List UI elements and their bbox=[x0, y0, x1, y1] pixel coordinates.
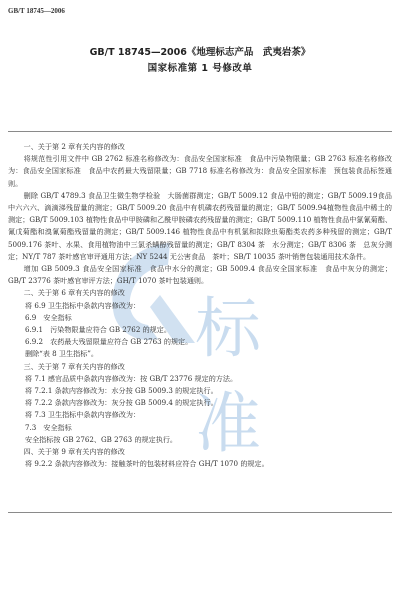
top-divider bbox=[8, 131, 392, 132]
paragraph: 删除 GB/T 4789.3 食品卫生微生物学检验 大肠菌群测定；GB/T 50… bbox=[8, 190, 392, 263]
document-body: 一、关于第 2 章有关内容的修改 将规范性引用文件中 GB 2762 标准名称修… bbox=[8, 141, 392, 470]
bottom-divider bbox=[8, 512, 392, 513]
clause-heading: 6.9 安全指标 bbox=[8, 312, 392, 324]
clause-line: 6.9.2 农药最大残留限量应符合 GB 2763 的规定。 bbox=[8, 336, 392, 348]
section-heading-4: 四、关于第 9 章有关内容的修改 bbox=[8, 446, 392, 458]
document-subtitle: 国家标准第 1 号修改单 bbox=[0, 60, 400, 74]
document-title: GB/T 18745—2006《地理标志产品 武夷岩茶》 bbox=[0, 44, 400, 58]
section-heading-3: 三、关于第 7 章有关内容的修改 bbox=[8, 361, 392, 373]
clause-heading: 7.3 安全指标 bbox=[8, 422, 392, 434]
paragraph: 增加 GB 5009.3 食品安全国家标准 食品中水分的测定；GB 5009.4… bbox=[8, 263, 392, 287]
section-heading-1: 一、关于第 2 章有关内容的修改 bbox=[8, 141, 392, 153]
paragraph-line: 将 7.1 感官品质中条款内容修改为：按 GB/T 23776 规定的方法。 bbox=[8, 373, 392, 385]
paragraph-line: 将 6.9 卫生指标中条款内容修改为： bbox=[8, 300, 392, 312]
paragraph-line: 安全指标按 GB 2762、GB 2763 的规定执行。 bbox=[8, 434, 392, 446]
paragraph-line: 删除“表 8 卫生指标”。 bbox=[8, 348, 392, 360]
paragraph-line: 将 7.2.2 条款内容修改为：灰分按 GB 5009.4 的规定执行。 bbox=[8, 397, 392, 409]
document-code-header: GB/T 18745—2006 bbox=[8, 7, 65, 15]
paragraph-line: 将 9.2.2 条款内容修改为：接触茶叶的包装材料应符合 GH/T 1070 的… bbox=[8, 458, 392, 470]
section-heading-2: 二、关于第 6 章有关内容的修改 bbox=[8, 287, 392, 299]
paragraph-line: 将 7.3 卫生指标中条款内容修改为： bbox=[8, 409, 392, 421]
paragraph: 将规范性引用文件中 GB 2762 标准名称修改为：食品安全国家标准 食品中污染… bbox=[8, 153, 392, 190]
clause-line: 6.9.1 污染物限量应符合 GB 2762 的规定。 bbox=[8, 324, 392, 336]
paragraph-line: 将 7.2.1 条款内容修改为：水分按 GB 5009.3 的规定执行。 bbox=[8, 385, 392, 397]
